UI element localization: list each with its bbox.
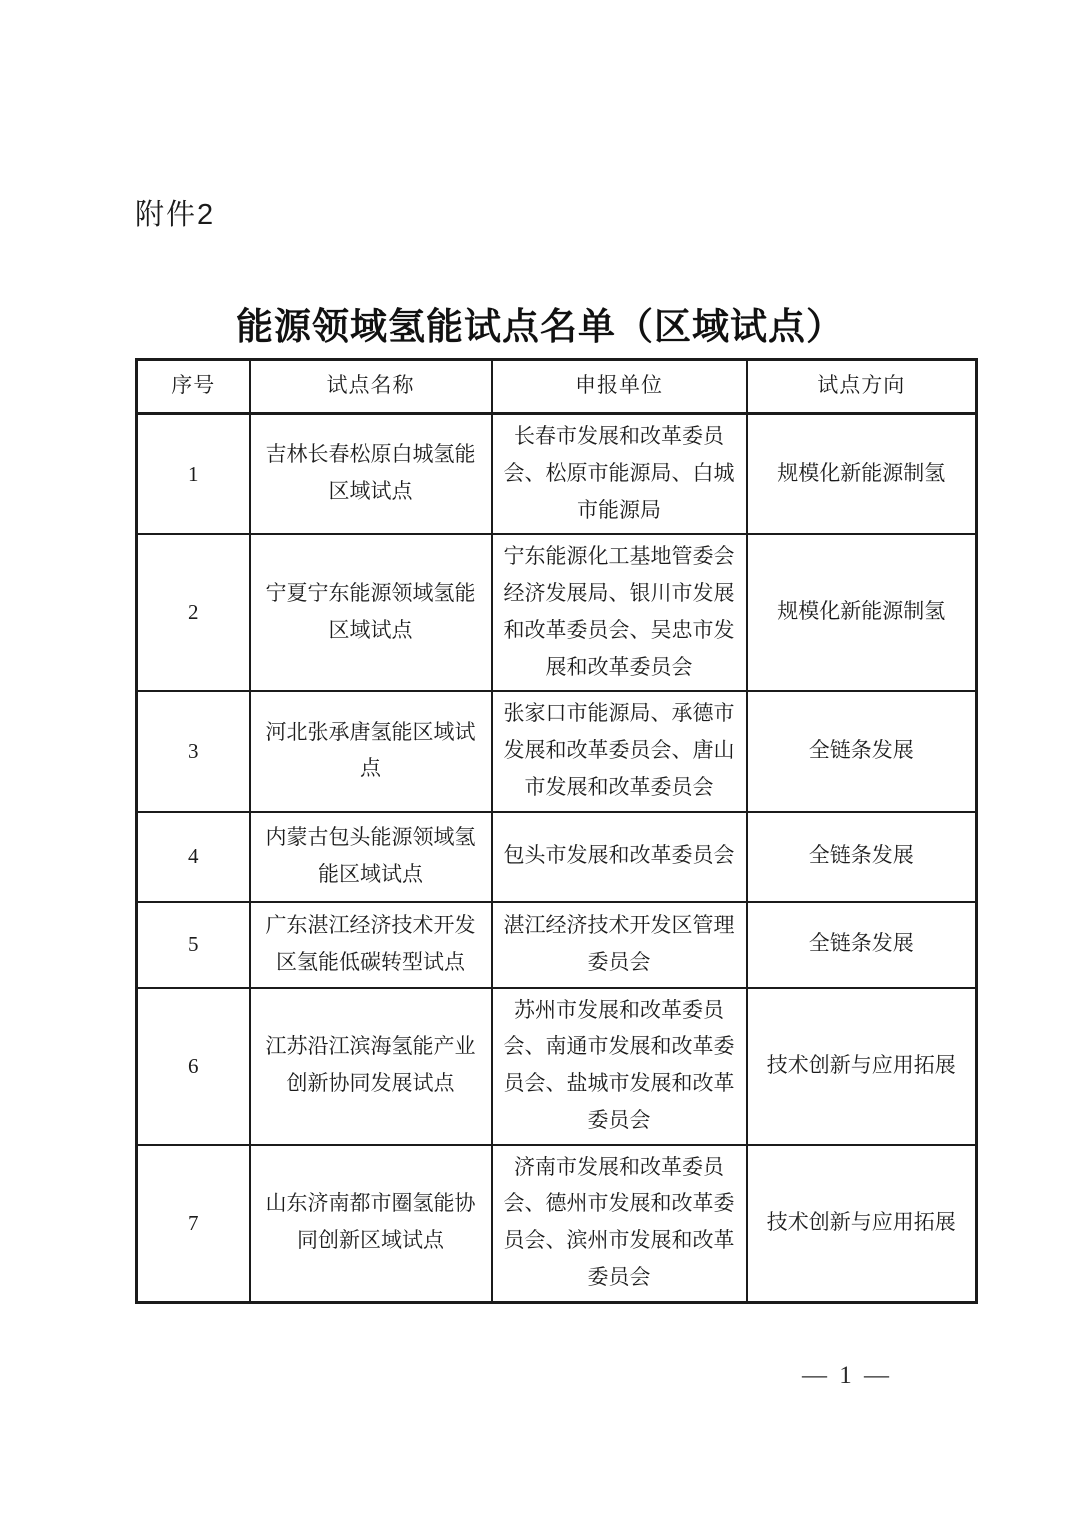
table-row: 6 江苏沿江滨海氢能产业创新协同发展试点 苏州市发展和改革委员会、南通市发展和改…: [137, 988, 977, 1145]
cell-no: 5: [137, 902, 250, 988]
table-row: 1 吉林长春松原白城氢能区域试点 长春市发展和改革委员会、松原市能源局、白城市能…: [137, 414, 977, 535]
cell-pilot-name: 内蒙古包头能源领域氢能区域试点: [250, 812, 492, 902]
pilot-list-table: 序号 试点名称 申报单位 试点方向 1 吉林长春松原白城氢能区域试点 长春市发展…: [135, 358, 978, 1304]
column-header-applicant: 申报单位: [492, 360, 747, 414]
cell-no: 3: [137, 691, 250, 811]
cell-pilot-name: 宁夏宁东能源领域氢能区域试点: [250, 534, 492, 691]
cell-direction: 全链条发展: [747, 902, 977, 988]
document-page: 附件2 能源领域氢能试点名单（区域试点） 序号 试点名称 申报单位 试点方向 1…: [0, 0, 1080, 1527]
cell-pilot-name: 广东湛江经济技术开发区氢能低碳转型试点: [250, 902, 492, 988]
cell-pilot-name: 江苏沿江滨海氢能产业创新协同发展试点: [250, 988, 492, 1145]
attachment-label: 附件2: [135, 192, 215, 233]
column-header-direction: 试点方向: [747, 360, 977, 414]
cell-applicant: 宁东能源化工基地管委会经济发展局、银川市发展和改革委员会、吴忠市发展和改革委员会: [492, 534, 747, 691]
cell-applicant: 长春市发展和改革委员会、松原市能源局、白城市能源局: [492, 414, 747, 535]
column-header-no: 序号: [137, 360, 250, 414]
cell-applicant: 湛江经济技术开发区管理委员会: [492, 902, 747, 988]
cell-direction: 全链条发展: [747, 812, 977, 902]
cell-applicant: 张家口市能源局、承德市发展和改革委员会、唐山市发展和改革委员会: [492, 691, 747, 811]
cell-pilot-name: 河北张承唐氢能区域试点: [250, 691, 492, 811]
cell-direction: 全链条发展: [747, 691, 977, 811]
cell-pilot-name: 吉林长春松原白城氢能区域试点: [250, 414, 492, 535]
cell-applicant: 苏州市发展和改革委员会、南通市发展和改革委员会、盐城市发展和改革委员会: [492, 988, 747, 1145]
page-number: — 1 —: [802, 1362, 892, 1390]
cell-direction: 规模化新能源制氢: [747, 414, 977, 535]
cell-no: 6: [137, 988, 250, 1145]
table-row: 3 河北张承唐氢能区域试点 张家口市能源局、承德市发展和改革委员会、唐山市发展和…: [137, 691, 977, 811]
cell-applicant: 包头市发展和改革委员会: [492, 812, 747, 902]
cell-no: 1: [137, 414, 250, 535]
table-header-row: 序号 试点名称 申报单位 试点方向: [137, 360, 977, 414]
table-row: 4 内蒙古包头能源领域氢能区域试点 包头市发展和改革委员会 全链条发展: [137, 812, 977, 902]
table-row: 2 宁夏宁东能源领域氢能区域试点 宁东能源化工基地管委会经济发展局、银川市发展和…: [137, 534, 977, 691]
cell-direction: 技术创新与应用拓展: [747, 988, 977, 1145]
cell-no: 7: [137, 1145, 250, 1303]
cell-no: 2: [137, 534, 250, 691]
cell-applicant: 济南市发展和改革委员会、德州市发展和改革委员会、滨州市发展和改革委员会: [492, 1145, 747, 1303]
table-row: 7 山东济南都市圈氢能协同创新区域试点 济南市发展和改革委员会、德州市发展和改革…: [137, 1145, 977, 1303]
cell-direction: 规模化新能源制氢: [747, 534, 977, 691]
table-row: 5 广东湛江经济技术开发区氢能低碳转型试点 湛江经济技术开发区管理委员会 全链条…: [137, 902, 977, 988]
column-header-pilot-name: 试点名称: [250, 360, 492, 414]
cell-no: 4: [137, 812, 250, 902]
cell-direction: 技术创新与应用拓展: [747, 1145, 977, 1303]
cell-pilot-name: 山东济南都市圈氢能协同创新区域试点: [250, 1145, 492, 1303]
page-title: 能源领域氢能试点名单（区域试点）: [0, 296, 1080, 350]
